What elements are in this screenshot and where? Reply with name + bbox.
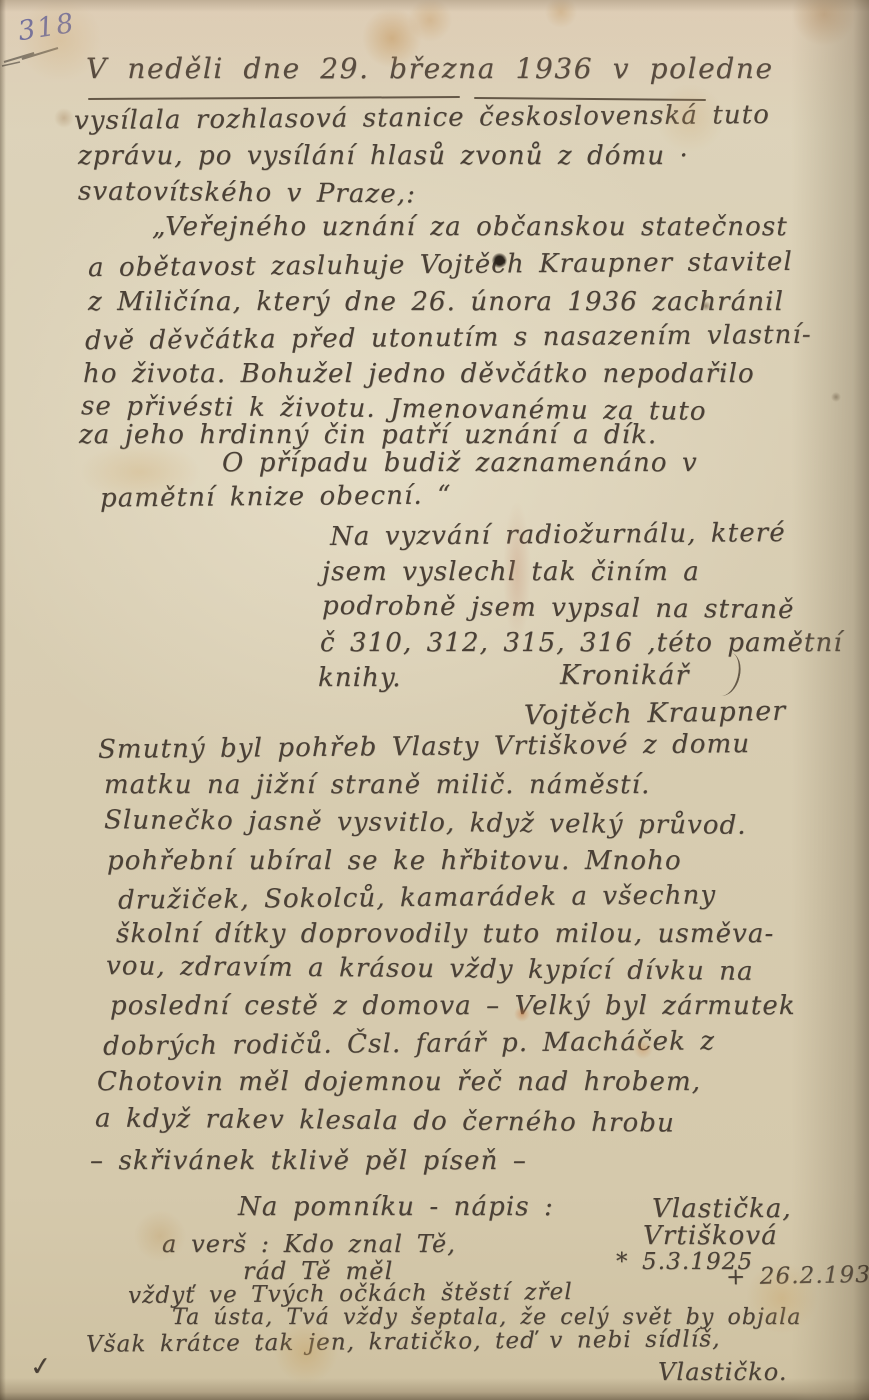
manuscript-line: Smutný byl pohřeb Vlasty Vrtiškové z dom… — [98, 729, 750, 765]
manuscript-line: z Miličína, který dne 26. února 1936 zac… — [88, 287, 784, 317]
grave-verse-line: a verš : Kdo znal Tě, — [162, 1230, 456, 1258]
chronicle-page-scan: 318 V neděli dne 29. března 1936 v poled… — [0, 0, 869, 1400]
manuscript-line: O případu budiž zaznamenáno v — [222, 448, 698, 478]
manuscript-line: družiček, Sokolců, kamarádek a všechny — [118, 880, 716, 915]
manuscript-line: – skřivánek tklivě pěl píseň – — [90, 1146, 527, 1176]
chronicler-signature: Vojtěch Kraupner — [524, 696, 787, 732]
manuscript-line: svatovítského v Praze,: — [78, 177, 416, 210]
memorial-death-date: + 26.2.1936 — [726, 1262, 869, 1291]
manuscript-line: ho života. Bohužel jedno děvčátko nepoda… — [83, 359, 755, 389]
manuscript-line: za jeho hrdinný čin patří uznání a dík. — [79, 420, 657, 450]
ink-blot — [492, 253, 507, 268]
manuscript-line: Slunečko jasně vysvitlo, když velký prův… — [104, 805, 747, 841]
manuscript-line: pamětní knize obecní. “ — [100, 480, 452, 513]
manuscript-line: č 310, 312, 315, 316 ,této pamětní — [320, 628, 843, 658]
manuscript-line: Chotovin měl dojemnou řeč nad hrobem, — [97, 1067, 701, 1097]
manuscript-line: podrobně jsem vypsal na straně — [322, 591, 795, 625]
memorial-name-line: Vlastička, — [652, 1194, 792, 1224]
entry-heading: V neděli dne 29. března 1936 v poledne — [86, 52, 774, 85]
heading-underline — [88, 96, 460, 100]
manuscript-line: pohřební ubíral se ke hřbitovu. Mnoho — [107, 846, 682, 876]
manuscript-line: a obětavost zasluhuje Vojtěch Kraupner s… — [88, 247, 793, 283]
memorial-name-line: Vrtišková — [643, 1221, 778, 1251]
grave-verse-line: Vlastičko. — [658, 1358, 788, 1386]
manuscript-line: „Veřejného uznání za občanskou statečnos… — [152, 212, 788, 242]
manuscript-line: jsem vyslechl tak činím a — [322, 557, 700, 587]
grave-verse-line: Však krátce tak jen, kratičko, teď v neb… — [86, 1326, 721, 1358]
manuscript-line: dvě děvčátka před utonutím s nasazením v… — [85, 320, 812, 356]
monument-inscription-line: Na pomníku - nápis : — [238, 1192, 554, 1222]
chronicler-title: Kronikář — [560, 660, 690, 691]
manuscript-line: vou, zdravím a krásou vždy kypící dívku … — [106, 951, 754, 987]
manuscript-line: poslední cestě z domova – Velký byl zárm… — [110, 991, 796, 1021]
manuscript-line: a když rakev klesala do černého hrobu — [95, 1103, 675, 1138]
manuscript-line: Na vyzvání radiožurnálu, které — [330, 518, 786, 552]
manuscript-line: knihy. — [318, 663, 402, 693]
manuscript-line: matku na jižní straně milič. náměstí. — [104, 770, 650, 800]
manuscript-line: školní dítky doprovodily tuto milou, usm… — [116, 919, 774, 949]
manuscript-line: zprávu, po vysílání hlasů zvonů z dómu · — [78, 141, 689, 171]
pencil-scribble — [0, 40, 78, 70]
manuscript-line: vysílala rozhlasová stanice českoslovens… — [74, 100, 770, 136]
manuscript-line: dobrých rodičů. Čsl. farář p. Macháček z — [103, 1026, 715, 1061]
check-mark: ✓ — [28, 1351, 54, 1383]
